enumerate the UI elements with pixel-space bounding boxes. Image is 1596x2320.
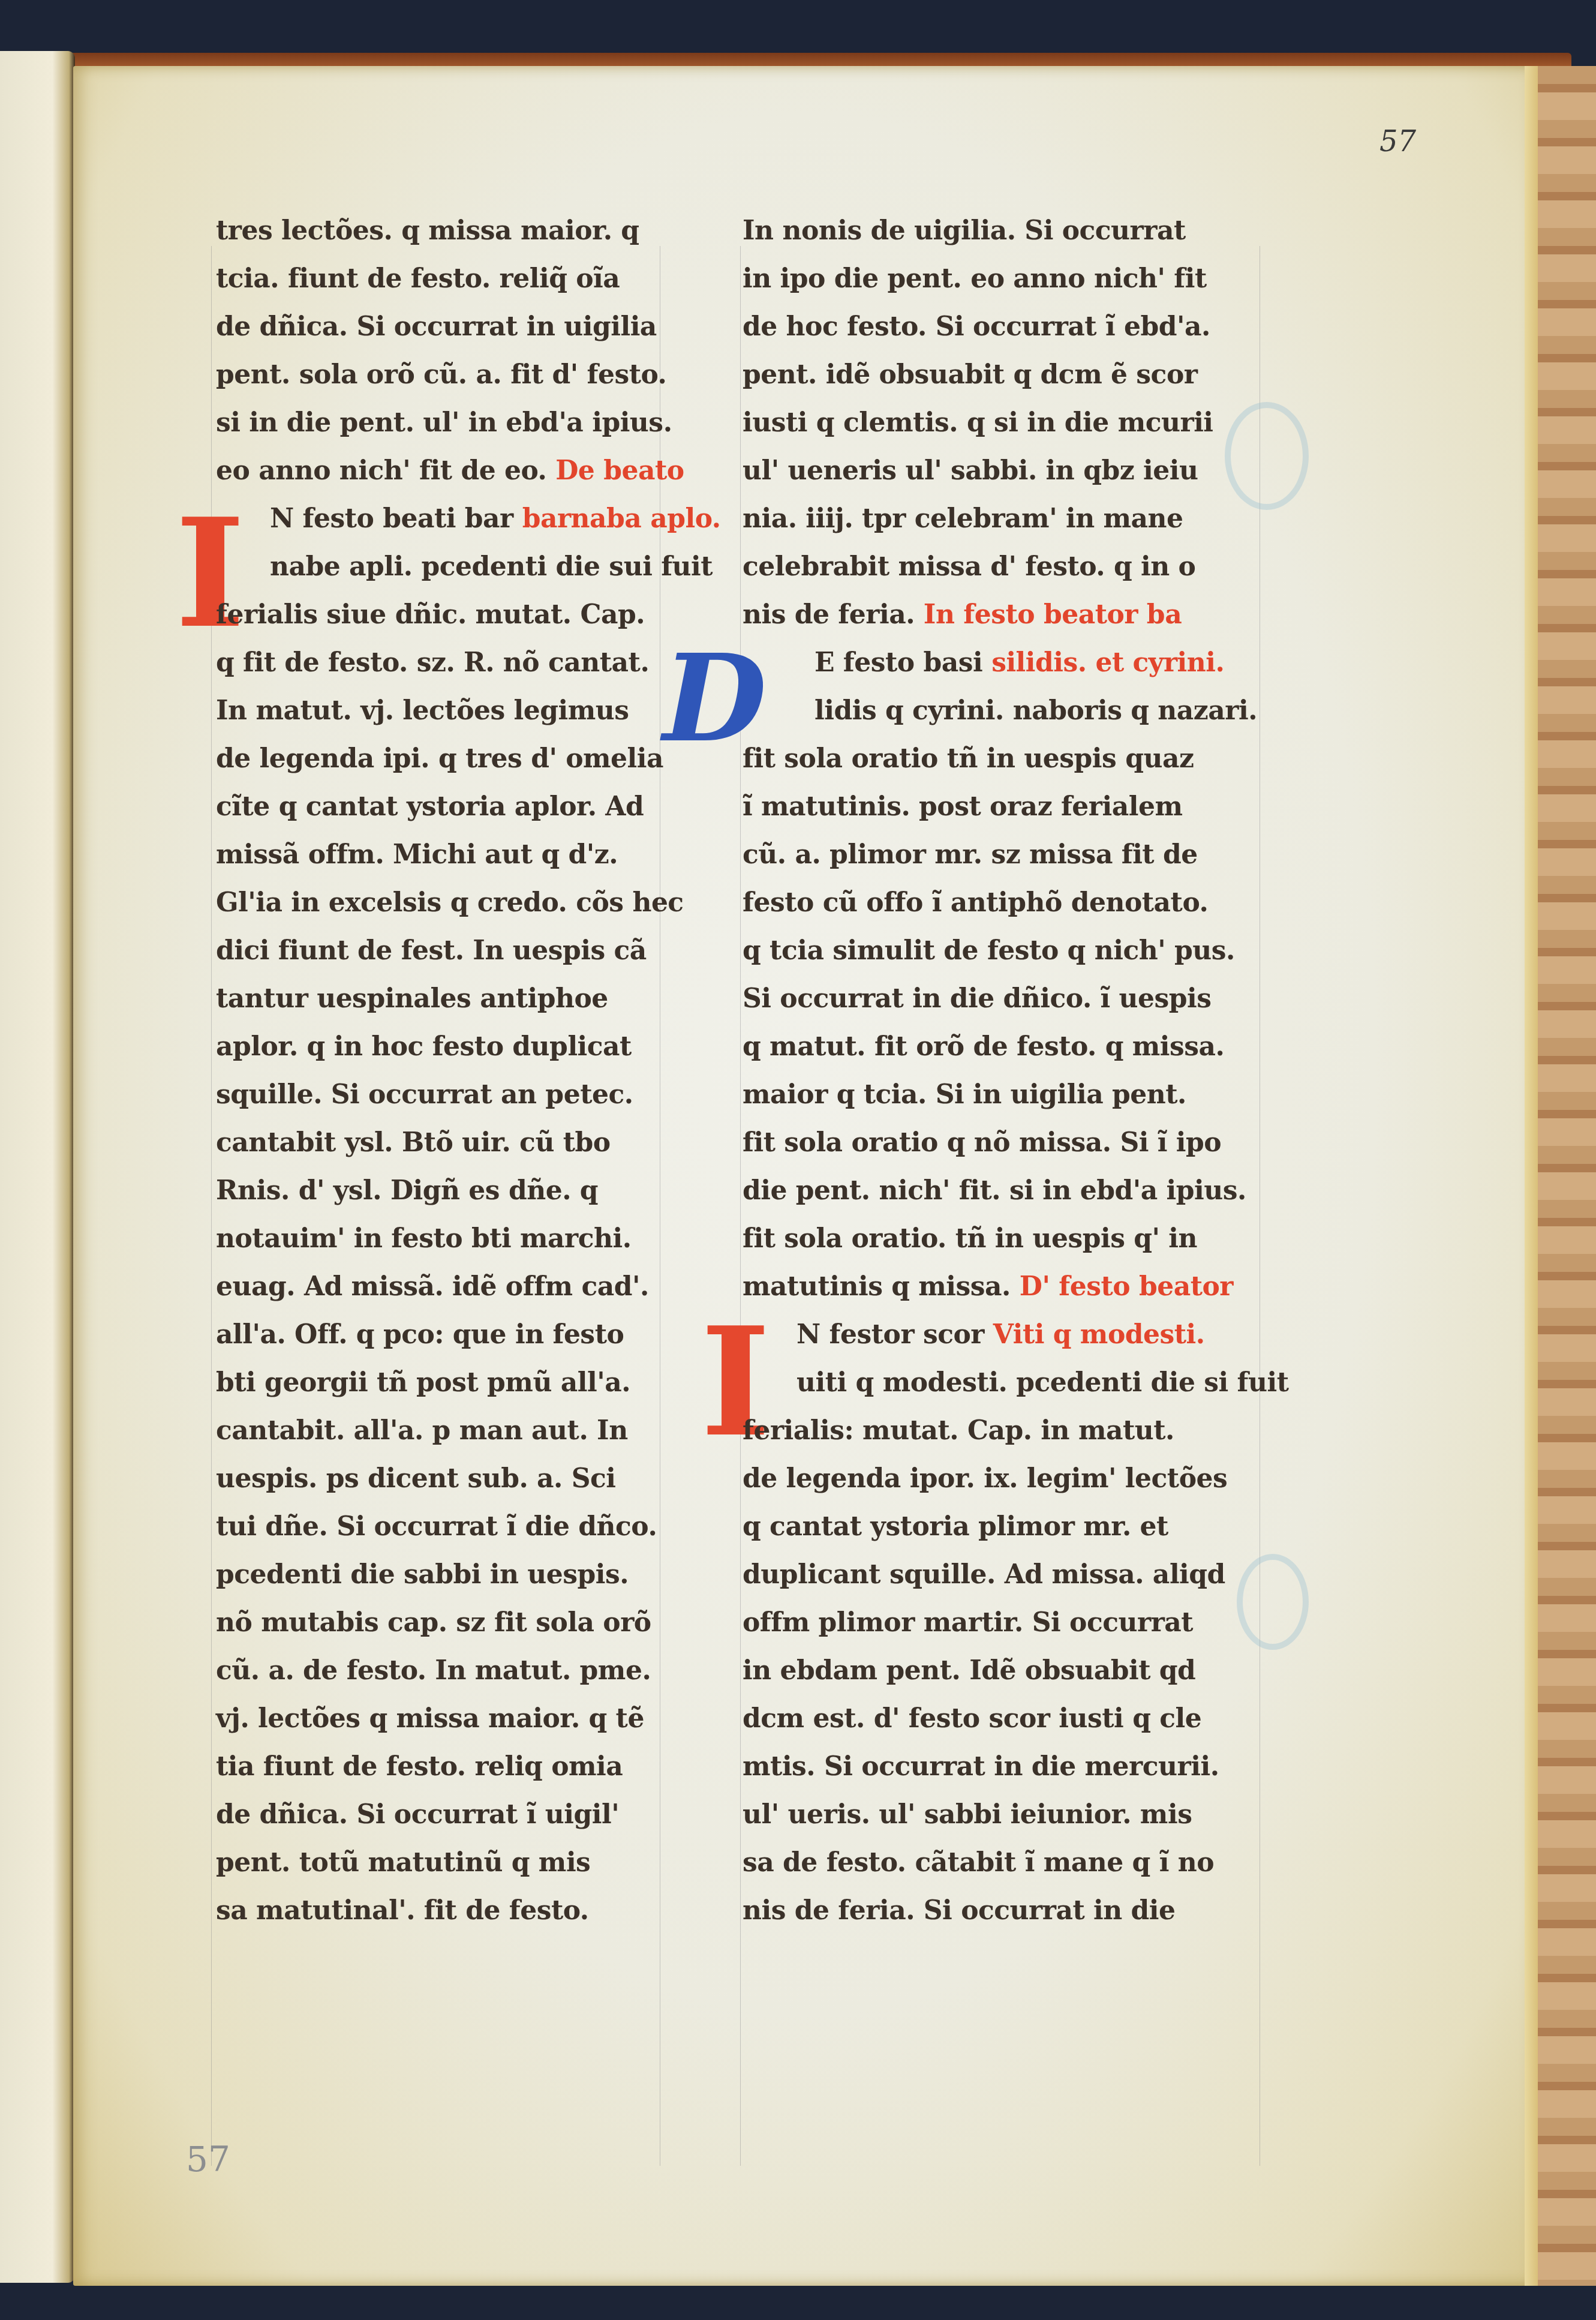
text-line: bti georgii tñ post pmũ all'a.: [216, 1359, 672, 1407]
text-line: de hoc festo. Si occurrat ĩ ebd'a.: [743, 303, 1258, 351]
ink-text: de dñica. Si occurrat ĩ uigil': [216, 1799, 619, 1830]
ink-text: q fit de festo. sz. R. nõ cantat.: [216, 647, 649, 678]
ink-text: celebrabit missa d' festo. q in o: [743, 551, 1195, 582]
ink-text: uespis. ps dicent sub. a. Sci: [216, 1463, 616, 1494]
ink-text: tui dñe. Si occurrat ĩ die dñco.: [216, 1511, 657, 1542]
text-line: tantur uespinales antiphoe: [216, 975, 672, 1023]
ink-text: cantabit ysl. Btõ uir. cũ tbo: [216, 1127, 611, 1158]
ink-text: tcia. fiunt de festo. reliq̃ oĩa: [216, 263, 620, 294]
ink-text: de dñica. Si occurrat in uigilia: [216, 311, 657, 342]
text-line: dici fiunt de fest. In uespis cã: [216, 927, 672, 975]
ink-text: tantur uespinales antiphoe: [216, 983, 608, 1014]
ink-text: q tcia simulit de festo q nich' pus.: [743, 935, 1235, 966]
text-line: de legenda ipi. q tres d' omelia: [216, 735, 672, 783]
ink-text: de legenda ipor. ix. legim' lectões: [743, 1463, 1227, 1494]
ink-text: pent. idẽ obsuabit q dcm ẽ scor: [743, 359, 1197, 390]
ink-text: cĩte q cantat ystoria aplor. Ad: [216, 791, 644, 822]
text-line: euag. Ad missã. idẽ offm cad'.: [216, 1263, 672, 1311]
text-line: nõ mutabis cap. sz fit sola orõ: [216, 1599, 672, 1647]
text-line: tcia. fiunt de festo. reliq̃ oĩa: [216, 255, 672, 303]
rubric-text: In festo beator ba: [924, 599, 1182, 630]
text-line: festo cũ offo ĩ antiphõ denotato.: [743, 879, 1258, 927]
ink-text: Si occurrat in die dñico. ĩ uespis: [743, 983, 1212, 1014]
ink-text: nis de feria.: [743, 599, 924, 630]
text-line: pent. totũ matutinũ q mis: [216, 1839, 672, 1887]
text-line: offm plimor martir. Si occurrat: [743, 1599, 1258, 1647]
text-line: fit sola oratio. tñ in uespis q' in: [743, 1215, 1258, 1263]
ink-text: In nonis de uigilia. Si occurrat: [743, 215, 1186, 246]
ink-text: dici fiunt de fest. In uespis cã: [216, 935, 647, 966]
ink-text: de hoc festo. Si occurrat ĩ ebd'a.: [743, 311, 1210, 342]
ink-text: matutinis q missa.: [743, 1271, 1020, 1302]
ink-text: N festor scor: [797, 1319, 993, 1350]
text-line: cĩte q cantat ystoria aplor. Ad: [216, 783, 672, 831]
ink-text: nis de feria. Si occurrat in die: [743, 1895, 1176, 1926]
ink-text: missã offm. Michi aut q d'z.: [216, 839, 618, 870]
ink-text: fit sola oratio. tñ in uespis q' in: [743, 1223, 1197, 1254]
ink-text: In matut. vj. lectões legimus: [216, 695, 629, 726]
ink-text: q matut. fit orõ de festo. q missa.: [743, 1031, 1224, 1062]
text-line: sa de festo. cãtabit ĩ mane q ĩ no: [743, 1839, 1258, 1887]
ink-text: duplicant squille. Ad missa. aliqd: [743, 1559, 1225, 1590]
ink-text: q cantat ystoria plimor mr. et: [743, 1511, 1168, 1542]
text-line: de dñica. Si occurrat ĩ uigil': [216, 1791, 672, 1839]
fore-edge: [1535, 66, 1596, 2286]
text-line: cantabit. all'a. p man aut. In: [216, 1407, 672, 1455]
text-line: ul' ueris. ul' sabbi ieiunior. mis: [743, 1791, 1258, 1839]
ink-text: nabe apli. pcedenti die sui fuit: [270, 551, 713, 582]
ink-text: pent. totũ matutinũ q mis: [216, 1847, 590, 1878]
ink-text: de legenda ipi. q tres d' omelia: [216, 743, 663, 774]
text-line: tia fiunt de festo. reliq omia: [216, 1743, 672, 1791]
ink-text: iusti q clemtis. q si in die mcurii: [743, 407, 1213, 438]
ink-text: uiti q modesti. pcedenti die si fuit: [797, 1367, 1288, 1398]
ink-text: fit sola oratio tñ in uespis quaz: [743, 743, 1194, 774]
ink-text: in ebdam pent. Idẽ obsuabit qd: [743, 1655, 1195, 1686]
ink-text: sa matutinal'. fit de festo.: [216, 1895, 589, 1926]
ink-text: all'a. Off. q pco: que in festo: [216, 1319, 624, 1350]
text-line: dcm est. d' festo scor iusti q cle: [743, 1695, 1258, 1743]
ink-text: offm plimor martir. Si occurrat: [743, 1607, 1193, 1638]
ink-text: cũ. a. de festo. In matut. pme.: [216, 1655, 651, 1686]
text-line: ul' ueneris ul' sabbi. in qbz ieiu: [743, 447, 1258, 495]
ink-text: si in die pent. ul' in ebd'a ipius.: [216, 407, 672, 438]
ink-text: sa de festo. cãtabit ĩ mane q ĩ no: [743, 1847, 1214, 1878]
ink-text: ferialis siue dñic. mutat. Cap.: [216, 599, 645, 630]
text-line: vj. lectões q missa maior. q tẽ: [216, 1695, 672, 1743]
text-line: cũ. a. plimor mr. sz missa fit de: [743, 831, 1258, 879]
ink-text: fit sola oratio q nõ missa. Si ĩ ipo: [743, 1127, 1221, 1158]
ink-text: die pent. nich' fit. si in ebd'a ipius.: [743, 1175, 1246, 1206]
ink-text: ul' ueris. ul' sabbi ieiunior. mis: [743, 1799, 1192, 1830]
ink-text: E festo basi: [814, 647, 991, 678]
text-line: tres lectões. q missa maior. q: [216, 207, 672, 255]
text-line: Gl'ia in excelsis q credo. cõs hec: [216, 879, 672, 927]
text-line: nabe apli. pcedenti die sui fuit: [216, 543, 672, 591]
ink-text: vj. lectões q missa maior. q tẽ: [216, 1703, 644, 1734]
ruling-line: [1260, 246, 1260, 2166]
text-line: ferialis: mutat. Cap. in matut.: [743, 1407, 1258, 1455]
text-line: nis de feria. Si occurrat in die: [743, 1887, 1258, 1935]
ink-text: notauim' in festo bti marchi.: [216, 1223, 632, 1254]
text-line: cantabit ysl. Btõ uir. cũ tbo: [216, 1119, 672, 1167]
rubric-text: De beato: [555, 455, 684, 486]
text-line: si in die pent. ul' in ebd'a ipius.: [216, 399, 672, 447]
text-line: q fit de festo. sz. R. nõ cantat.: [216, 639, 672, 687]
text-line: missã offm. Michi aut q d'z.: [216, 831, 672, 879]
text-line: lidis q cyrini. naboris q nazari.: [743, 687, 1258, 735]
text-line: fit sola oratio tñ in uespis quaz: [743, 735, 1258, 783]
ink-text: aplor. q in hoc festo duplicat: [216, 1031, 632, 1062]
ink-text: nõ mutabis cap. sz fit sola orõ: [216, 1607, 651, 1638]
text-line: ĩ matutinis. post oraz ferialem: [743, 783, 1258, 831]
text-line: tui dñe. Si occurrat ĩ die dñco.: [216, 1503, 672, 1551]
text-line: aplor. q in hoc festo duplicat: [216, 1023, 672, 1071]
text-line: N festor scor Viti q modesti.: [743, 1311, 1258, 1359]
text-line: mtis. Si occurrat in die mercurii.: [743, 1743, 1258, 1791]
rubric-text: Viti q modesti.: [993, 1319, 1205, 1350]
rubric-text: D' festo beator: [1020, 1271, 1233, 1302]
text-line: E festo basi silidis. et cyrini.: [743, 639, 1258, 687]
text-line: eo anno nich' fit de eo. De beato: [216, 447, 672, 495]
ink-text: N festo beati bar: [270, 503, 522, 534]
text-line: Rnis. d' ysl. Digñ es dñe. q: [216, 1167, 672, 1215]
folio-number-top: 57: [1379, 125, 1416, 158]
ink-text: tres lectões. q missa maior. q: [216, 215, 639, 246]
text-line: all'a. Off. q pco: que in festo: [216, 1311, 672, 1359]
text-line: pent. idẽ obsuabit q dcm ẽ scor: [743, 351, 1258, 399]
text-line: nia. iiij. tpr celebram' in mane: [743, 495, 1258, 543]
ink-text: maior q tcia. Si in uigilia pent.: [743, 1079, 1186, 1110]
text-line: N festo beati bar barnaba aplo.: [216, 495, 672, 543]
text-line: maior q tcia. Si in uigilia pent.: [743, 1071, 1258, 1119]
text-line: die pent. nich' fit. si in ebd'a ipius.: [743, 1167, 1258, 1215]
text-line: Si occurrat in die dñico. ĩ uespis: [743, 975, 1258, 1023]
text-line: notauim' in festo bti marchi.: [216, 1215, 672, 1263]
ink-text: nia. iiij. tpr celebram' in mane: [743, 503, 1183, 534]
text-line: fit sola oratio q nõ missa. Si ĩ ipo: [743, 1119, 1258, 1167]
ink-text: in ipo die pent. eo anno nich' fit: [743, 263, 1207, 294]
ink-text: cũ. a. plimor mr. sz missa fit de: [743, 839, 1198, 870]
ink-text: ferialis: mutat. Cap. in matut.: [743, 1415, 1174, 1446]
ink-text: mtis. Si occurrat in die mercurii.: [743, 1751, 1219, 1782]
text-line: sa matutinal'. fit de festo.: [216, 1887, 672, 1935]
text-line: uespis. ps dicent sub. a. Sci: [216, 1455, 672, 1503]
text-line: iusti q clemtis. q si in die mcurii: [743, 399, 1258, 447]
ruling-line: [740, 246, 741, 2166]
text-line: q matut. fit orõ de festo. q missa.: [743, 1023, 1258, 1071]
ink-text: lidis q cyrini. naboris q nazari.: [814, 695, 1257, 726]
ink-text: dcm est. d' festo scor iusti q cle: [743, 1703, 1201, 1734]
ink-text: Gl'ia in excelsis q credo. cõs hec: [216, 887, 684, 918]
text-line: in ebdam pent. Idẽ obsuabit qd: [743, 1647, 1258, 1695]
ink-text: pent. sola orõ cũ. a. fit d' festo.: [216, 359, 666, 390]
ink-text: ul' ueneris ul' sabbi. in qbz ieiu: [743, 455, 1198, 486]
text-line: de dñica. Si occurrat in uigilia: [216, 303, 672, 351]
rubric-text: silidis. et cyrini.: [991, 647, 1224, 678]
ink-text: ĩ matutinis. post oraz ferialem: [743, 791, 1183, 822]
ink-text: squille. Si occurrat an petec.: [216, 1079, 633, 1110]
ink-text: euag. Ad missã. idẽ offm cad'.: [216, 1271, 649, 1302]
text-line: uiti q modesti. pcedenti die si fuit: [743, 1359, 1258, 1407]
text-line: q cantat ystoria plimor mr. et: [743, 1503, 1258, 1551]
ink-text: eo anno nich' fit de eo.: [216, 455, 555, 486]
ink-text: tia fiunt de festo. reliq omia: [216, 1751, 623, 1782]
text-line: pent. sola orõ cũ. a. fit d' festo.: [216, 351, 672, 399]
text-column-right: In nonis de uigilia. Si occurratin ipo d…: [743, 207, 1258, 1935]
rubric-text: barnaba aplo.: [522, 503, 721, 534]
ink-text: festo cũ offo ĩ antiphõ denotato.: [743, 887, 1208, 918]
text-column-left: tres lectões. q missa maior. qtcia. fiun…: [216, 207, 672, 1935]
text-line: de legenda ipor. ix. legim' lectões: [743, 1455, 1258, 1503]
text-line: duplicant squille. Ad missa. aliqd: [743, 1551, 1258, 1599]
ink-text: pcedenti die sabbi in uespis.: [216, 1559, 629, 1590]
text-line: q tcia simulit de festo q nich' pus.: [743, 927, 1258, 975]
text-line: nis de feria. In festo beator ba: [743, 591, 1258, 639]
text-line: in ipo die pent. eo anno nich' fit: [743, 255, 1258, 303]
ink-text: Rnis. d' ysl. Digñ es dñe. q: [216, 1175, 598, 1206]
text-line: ferialis siue dñic. mutat. Cap.: [216, 591, 672, 639]
ink-text: cantabit. all'a. p man aut. In: [216, 1415, 628, 1446]
text-line: pcedenti die sabbi in uespis.: [216, 1551, 672, 1599]
text-line: In matut. vj. lectões legimus: [216, 687, 672, 735]
folio-number-bottom: 57: [186, 2139, 230, 2180]
text-line: matutinis q missa. D' festo beator: [743, 1263, 1258, 1311]
text-line: celebrabit missa d' festo. q in o: [743, 543, 1258, 591]
ink-text: bti georgii tñ post pmũ all'a.: [216, 1367, 630, 1398]
text-line: squille. Si occurrat an petec.: [216, 1071, 672, 1119]
text-line: cũ. a. de festo. In matut. pme.: [216, 1647, 672, 1695]
facing-page-edge: [0, 51, 75, 2283]
text-line: In nonis de uigilia. Si occurrat: [743, 207, 1258, 255]
